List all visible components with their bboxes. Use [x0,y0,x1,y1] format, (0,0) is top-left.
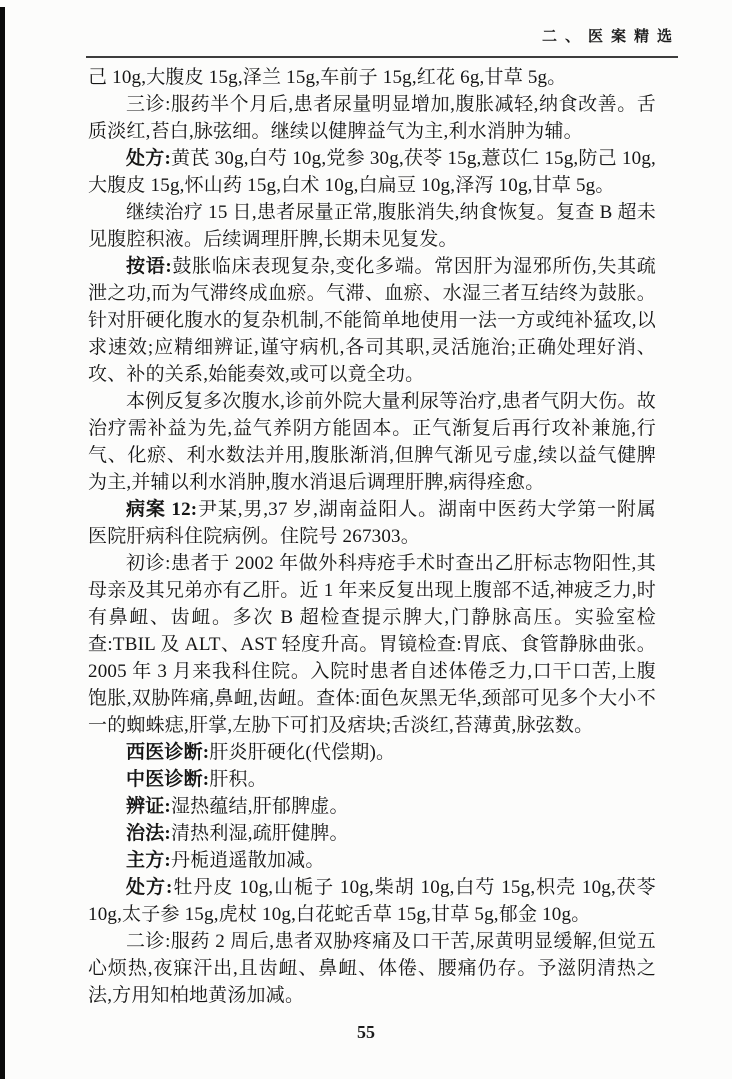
section-label: 按语: [126,256,172,277]
paragraph-text: 三诊:服药半个月后,患者尿量明显增加,腹胀减轻,纳食改善。舌质淡红,苔白,脉弦细… [88,94,656,142]
paragraph-text: 继续治疗 15 日,患者尿量正常,腹胀消失,纳食恢复。复查 B 超未见腹腔积液。… [88,202,656,250]
body-paragraph: 继续治疗 15 日,患者尿量正常,腹胀消失,纳食恢复。复查 B 超未见腹腔积液。… [88,199,656,253]
body-paragraph: 己 10g,大腹皮 15g,泽兰 15g,车前子 15g,红花 6g,甘草 5g… [88,64,656,91]
page-body-text: 己 10g,大腹皮 15g,泽兰 15g,车前子 15g,红花 6g,甘草 5g… [88,64,656,1009]
section-label: 辨证: [126,796,171,817]
body-paragraph: 处方:牡丹皮 10g,山栀子 10g,柴胡 10g,白芍 15g,枳壳 10g,… [88,874,656,928]
body-paragraph: 按语:鼓胀临床表现复杂,变化多端。常因肝为湿邪所伤,失其疏泄之功,而为气滞终成血… [88,253,656,388]
paragraph-text: 肝炎肝硬化(代偿期)。 [209,742,395,763]
paragraph-text: 本例反复多次腹水,诊前外院大量利尿等治疗,患者气阴大伤。故治疗需补益为先,益气养… [88,391,656,493]
body-paragraph: 西医诊断:肝炎肝硬化(代偿期)。 [88,739,656,766]
page-number: 55 [0,1022,732,1043]
body-paragraph: 病案 12:尹某,男,37 岁,湖南益阳人。湖南中医药大学第一附属医院肝病科住院… [88,496,656,550]
paragraph-text: 初诊:患者于 2002 年做外科痔疮手术时查出乙肝标志物阳性,其母亲及其兄弟亦有… [88,553,656,736]
body-paragraph: 三诊:服药半个月后,患者尿量明显增加,腹胀减轻,纳食改善。舌质淡红,苔白,脉弦细… [88,91,656,145]
paragraph-text: 鼓胀临床表现复杂,变化多端。常因肝为湿邪所伤,失其疏泄之功,而为气滞终成血瘀。气… [88,256,656,385]
header-rule [86,56,678,58]
section-label: 处方: [126,148,171,169]
body-paragraph: 初诊:患者于 2002 年做外科痔疮手术时查出乙肝标志物阳性,其母亲及其兄弟亦有… [88,550,656,739]
section-label: 处方: [126,877,173,898]
paragraph-text: 肝积。 [209,769,267,790]
paragraph-text: 二诊:服药 2 周后,患者双胁疼痛及口干苦,尿黄明显缓解,但觉五心烦热,夜寐汗出… [88,931,656,1006]
section-label: 治法: [126,823,171,844]
running-header-title: 二、医案精选 [542,25,680,46]
paragraph-text: 丹栀逍遥散加减。 [171,850,325,871]
body-paragraph: 主方:丹栀逍遥散加减。 [88,847,656,874]
scan-edge-artifact [0,7,5,1079]
paragraph-text: 己 10g,大腹皮 15g,泽兰 15g,车前子 15g,红花 6g,甘草 5g… [88,67,566,88]
book-page: 二、医案精选 己 10g,大腹皮 15g,泽兰 15g,车前子 15g,红花 6… [0,0,732,1079]
body-paragraph: 辨证:湿热蕴结,肝郁脾虚。 [88,793,656,820]
paragraph-text: 湿热蕴结,肝郁脾虚。 [171,796,349,817]
body-paragraph: 本例反复多次腹水,诊前外院大量利尿等治疗,患者气阴大伤。故治疗需补益为先,益气养… [88,388,656,496]
section-label: 病案 12: [126,499,197,520]
section-label: 中医诊断: [126,769,209,790]
paragraph-text: 牡丹皮 10g,山栀子 10g,柴胡 10g,白芍 15g,枳壳 10g,茯苓 … [88,877,656,925]
paragraph-text: 清热利湿,疏肝健脾。 [171,823,349,844]
body-paragraph: 处方:黄芪 30g,白芍 10g,党参 30g,茯苓 15g,薏苡仁 15g,防… [88,145,656,199]
body-paragraph: 二诊:服药 2 周后,患者双胁疼痛及口干苦,尿黄明显缓解,但觉五心烦热,夜寐汗出… [88,928,656,1009]
paragraph-text: 黄芪 30g,白芍 10g,党参 30g,茯苓 15g,薏苡仁 15g,防己 1… [88,148,656,196]
section-label: 主方: [126,850,171,871]
body-paragraph: 治法:清热利湿,疏肝健脾。 [88,820,656,847]
body-paragraph: 中医诊断:肝积。 [88,766,656,793]
section-label: 西医诊断: [126,742,209,763]
